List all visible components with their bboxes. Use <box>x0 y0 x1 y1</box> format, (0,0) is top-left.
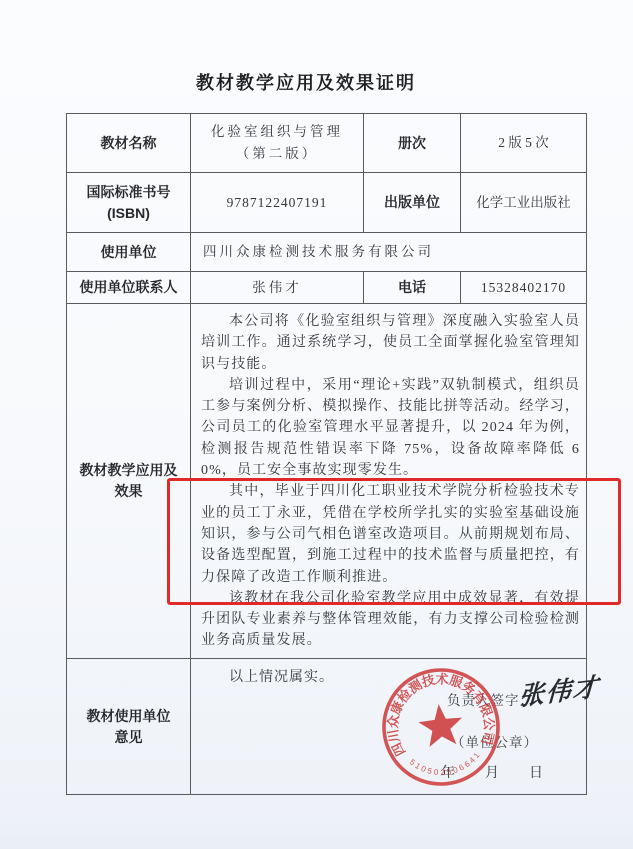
page-title: 教材教学应用及效果证明 <box>20 69 592 95</box>
opinion-label-line2: 意见 <box>115 727 143 748</box>
effect-paragraph-1: 本公司将《化验室组织与管理》深度融入实验室人员培训工作。通过系统学习，使员工全面… <box>201 311 580 375</box>
volume-value: 2 版 5 次 <box>461 114 586 173</box>
isbn-label: 国际标准书号 (ISBN) <box>67 173 191 233</box>
company-seal-stamp: 四川众康检测技术服务有限公司 510502506641 <box>359 645 524 810</box>
effect-content: 本公司将《化验室组织与管理》深度融入实验室人员培训工作。通过系统学习，使员工全面… <box>191 304 586 659</box>
isbn-label-line1: 国际标准书号 <box>87 182 171 203</box>
opinion-label: 教材使用单位 意见 <box>67 659 191 794</box>
effect-paragraph-2: 培训过程中，采用“理论+实践”双轨制模式，组织员工参与案例分析、模拟操作、技能比… <box>201 375 580 481</box>
scanned-certificate-page: 教材教学应用及效果证明 教材名称 化验室组织与管理 （第二版） 册次 2 版 5… <box>0 0 633 849</box>
user-unit-label: 使用单位 <box>67 233 191 272</box>
material-name-label: 教材名称 <box>67 114 191 173</box>
volume-label: 册次 <box>364 114 461 173</box>
effect-paragraph-4: 该教材在我公司化验室教学应用中成效显著，有效提升团队专业素养与整体管理效能，有力… <box>201 588 580 652</box>
effect-label-line1: 教材教学应用及 <box>80 460 178 481</box>
material-name-line1: 化验室组织与管理 <box>211 121 343 143</box>
effect-paragraph-3: 其中，毕业于四川化工职业技术学院分析检验技术专业的员工丁永亚，凭借在学校所学扎实… <box>201 481 580 587</box>
opinion-label-line1: 教材使用单位 <box>87 706 171 727</box>
contact-value: 张伟才 <box>191 272 364 304</box>
effect-label: 教材教学应用及 效果 <box>67 304 191 659</box>
stamp-star-icon <box>417 702 465 748</box>
effect-label-line2: 效果 <box>115 481 143 502</box>
user-unit-value: 四川众康检测技术服务有限公司 <box>191 233 586 272</box>
publisher-value: 化学工业出版社 <box>461 173 586 233</box>
date-day-label: 日 <box>529 762 543 782</box>
isbn-value: 9787122407191 <box>191 173 364 233</box>
phone-label: 电话 <box>364 272 461 304</box>
material-name-line2: （第二版） <box>236 143 319 165</box>
material-name-value: 化验室组织与管理 （第二版） <box>191 114 364 173</box>
contact-label: 使用单位联系人 <box>67 272 191 304</box>
isbn-label-line2: (ISBN) <box>107 203 150 224</box>
phone-value: 15328402170 <box>461 272 586 304</box>
publisher-label: 出版单位 <box>364 173 461 233</box>
